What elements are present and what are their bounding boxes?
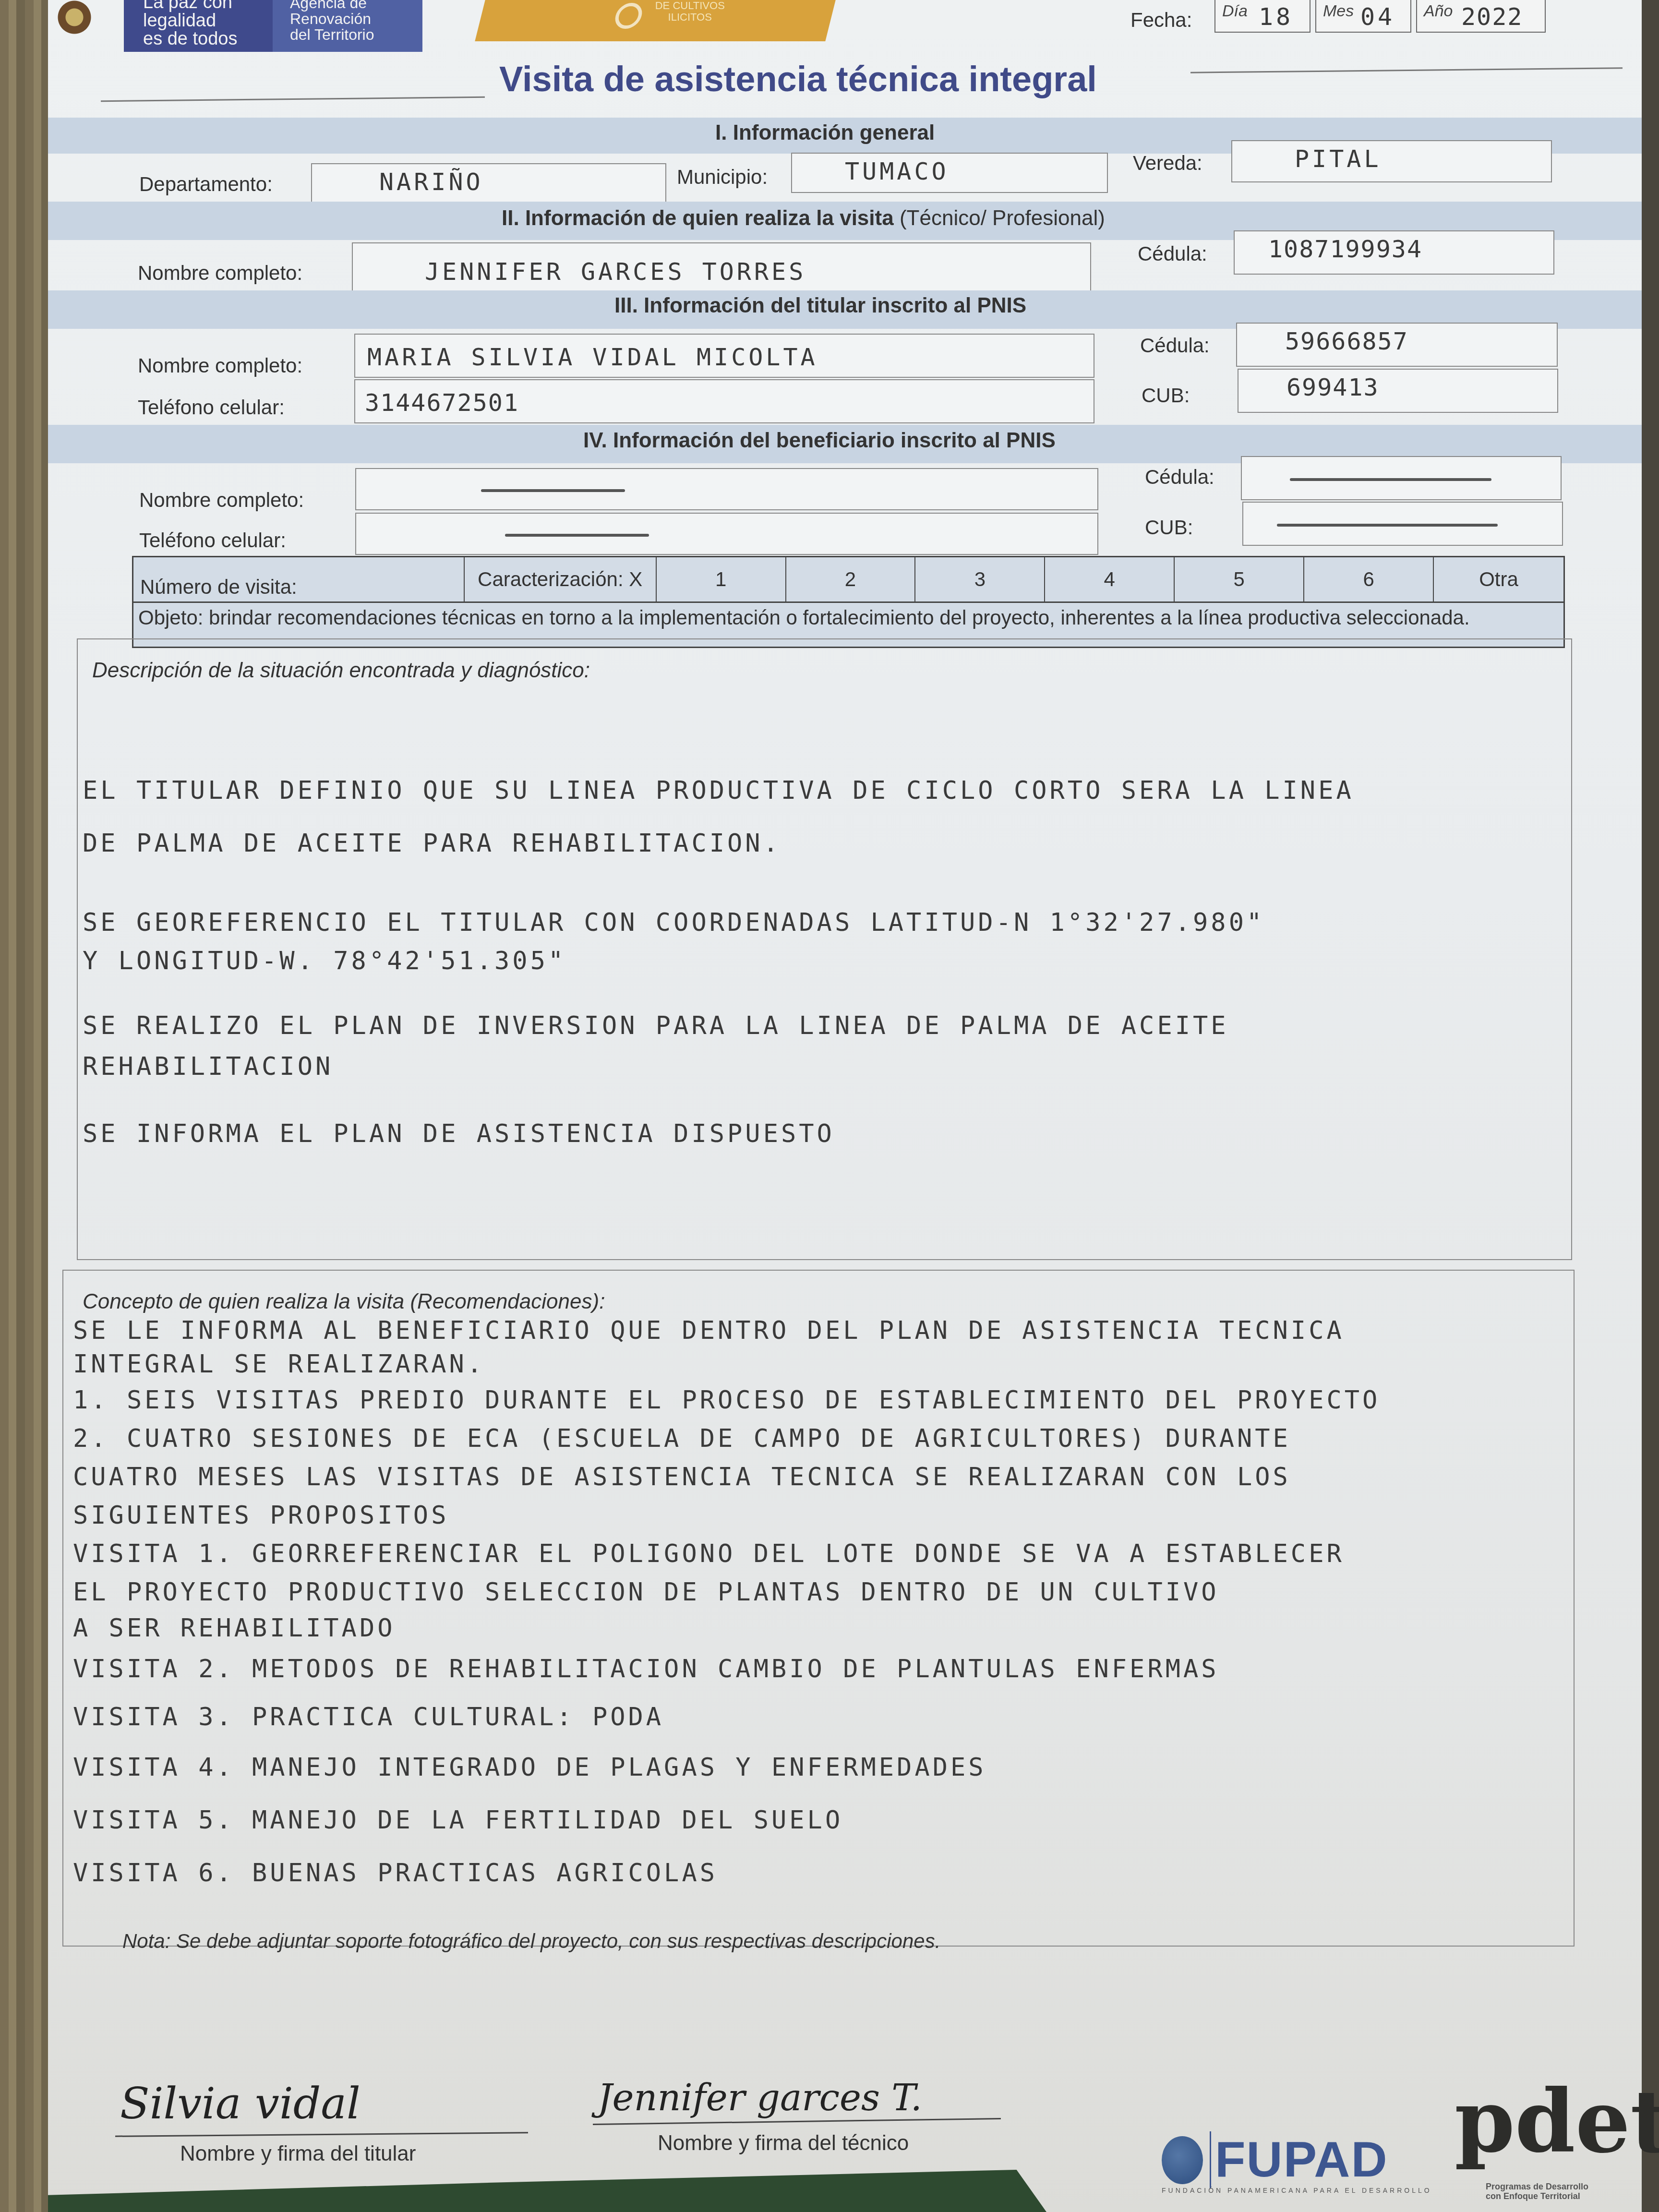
concepto-line: integral se realizaran. bbox=[73, 1350, 485, 1379]
section-heading-general: I. Información general bbox=[715, 121, 935, 145]
titular-cedula-label: Cédula: bbox=[1140, 334, 1210, 357]
titular-nombre-field[interactable]: MARIA SILVIA VIDAL MICOLTA bbox=[354, 334, 1094, 378]
fupad-subtitle: FUNDACIÓN PANAMERICANA PARA EL DESARROLL… bbox=[1162, 2187, 1432, 2194]
municipio-field[interactable]: TUMACO bbox=[791, 153, 1108, 193]
visit-option-otra[interactable]: Otra bbox=[1434, 557, 1563, 601]
pnis-logo: DE CULTIVOS ILICITOS bbox=[475, 0, 835, 41]
concepto-line: Visita 4. Manejo integrado de plagas y e… bbox=[73, 1753, 986, 1782]
pdet-subtitle: Programas de Desarrollo con Enfoque Terr… bbox=[1486, 2182, 1588, 2201]
fecha-label: Fecha: bbox=[1130, 9, 1192, 32]
titular-signature-label: Nombre y firma del titular bbox=[180, 2142, 416, 2166]
section-heading-tecnico: II. Información de quien realiza la visi… bbox=[502, 206, 1105, 230]
concepto-line: Se le informa al beneficiario que dentro… bbox=[73, 1316, 1345, 1345]
descripcion-line: rehabilitacion bbox=[83, 1052, 333, 1081]
tecnico-signature: Jennifer garces T. bbox=[598, 2076, 922, 2119]
tecnico-nombre-field[interactable]: JENNIFER GARCES TORRES bbox=[352, 242, 1091, 296]
coat-of-arms-icon bbox=[58, 0, 91, 43]
concepto-line: cuatro meses las visitas de asistencia t… bbox=[73, 1463, 1291, 1491]
beneficiario-cub-label: CUB: bbox=[1145, 516, 1193, 539]
concepto-line: Visita 6. Buenas practicas agricolas bbox=[73, 1859, 718, 1887]
vereda-label: Vereda: bbox=[1133, 152, 1202, 175]
concepto-title: Concepto de quien realiza la visita (Rec… bbox=[83, 1290, 605, 1314]
beneficiario-telefono-label: Teléfono celular: bbox=[139, 529, 286, 552]
beneficiario-nombre-field[interactable] bbox=[355, 468, 1098, 510]
beneficiario-telefono-field[interactable] bbox=[355, 513, 1098, 555]
concepto-line: el proyecto productivo seleccion de plan… bbox=[73, 1578, 1219, 1607]
visit-option-3[interactable]: 3 bbox=[915, 557, 1045, 601]
background-edge bbox=[1642, 0, 1659, 2212]
section-heading-beneficiario: IV. Información del beneficiario inscrit… bbox=[583, 429, 1056, 453]
visit-option-1[interactable]: 1 bbox=[657, 557, 786, 601]
beneficiario-cub-field[interactable] bbox=[1242, 502, 1563, 546]
visit-number-label: Número de visita: bbox=[133, 557, 465, 601]
titular-cedula-field[interactable]: 59666857 bbox=[1236, 323, 1558, 367]
background-surface bbox=[0, 0, 53, 2212]
tecnico-cedula-field[interactable]: 1087199934 bbox=[1234, 230, 1554, 275]
fecha-mes-field[interactable]: Mes 04 bbox=[1315, 0, 1411, 33]
concepto-line: 2. Cuatro sesiones de ECA (Escuela de Ca… bbox=[73, 1424, 1291, 1453]
art-agency-logo: Agencia de Renovación del Territorio bbox=[273, 0, 422, 52]
government-logo: La paz con legalidad es de todos Agencia… bbox=[124, 0, 422, 52]
gov-logo-slogan: La paz con legalidad es de todos bbox=[124, 0, 273, 52]
tecnico-nombre-label: Nombre completo: bbox=[138, 262, 302, 285]
pdet-logo: pdet bbox=[1455, 2079, 1659, 2165]
beneficiario-nombre-label: Nombre completo: bbox=[139, 489, 304, 512]
concepto-line: 1. Seis visitas predio durante el proces… bbox=[73, 1386, 1380, 1415]
municipio-label: Municipio: bbox=[677, 166, 768, 189]
visit-option-caracterizacion[interactable]: Caracterización: X bbox=[465, 557, 657, 601]
concepto-line: Visita 1. Georreferenciar el poligono de… bbox=[73, 1539, 1345, 1568]
titular-telefono-label: Teléfono celular: bbox=[138, 396, 285, 419]
visit-option-5[interactable]: 5 bbox=[1175, 557, 1304, 601]
fecha-dia-field[interactable]: Día 18 bbox=[1214, 0, 1310, 33]
descripcion-line: Se georeferencio el titular con coordena… bbox=[83, 908, 1264, 937]
descripcion-line: de palma de aceite para rehabilitacion. bbox=[83, 829, 781, 858]
titular-signature: Silvia vidal bbox=[120, 2079, 361, 2129]
concepto-line: Visita 3. Practica cultural: poda bbox=[73, 1703, 664, 1731]
fecha-anio-field[interactable]: Año 2022 bbox=[1416, 0, 1546, 33]
fupad-logo: FUPAD bbox=[1162, 2131, 1388, 2188]
concepto-line: a ser rehabilitado bbox=[73, 1614, 396, 1643]
concepto-line: Visita 2. Metodos de rehabilitacion camb… bbox=[73, 1655, 1219, 1683]
tecnico-cedula-label: Cédula: bbox=[1138, 242, 1207, 265]
descripcion-line: El titular definio que su linea producti… bbox=[83, 776, 1354, 805]
tecnico-signature-label: Nombre y firma del técnico bbox=[658, 2131, 909, 2155]
blank-dash bbox=[1290, 478, 1491, 481]
blank-dash bbox=[481, 489, 625, 492]
visit-option-2[interactable]: 2 bbox=[786, 557, 916, 601]
page-title: Visita de asistencia técnica integral bbox=[499, 59, 1097, 99]
globe-icon bbox=[1162, 2136, 1203, 2184]
visit-objective: Objeto: brindar recomendaciones técnicas… bbox=[138, 606, 1470, 629]
visit-options-row: Número de visita: Caracterización: X 1 2… bbox=[133, 557, 1563, 603]
section-heading-titular: III. Información del titular inscrito al… bbox=[614, 294, 1026, 318]
concepto-line: siguientes propositos bbox=[73, 1501, 449, 1530]
descripcion-line: Se realizo el plan de inversion para la … bbox=[83, 1011, 1229, 1040]
vereda-field[interactable]: PITAL bbox=[1231, 140, 1552, 182]
visit-option-4[interactable]: 4 bbox=[1045, 557, 1175, 601]
titular-cub-label: CUB: bbox=[1142, 384, 1190, 407]
blank-dash bbox=[505, 534, 649, 537]
departamento-label: Departamento: bbox=[139, 173, 273, 196]
descripcion-line: y longitud-W. 78°42'51.305" bbox=[83, 947, 566, 975]
descripcion-title: Descripción de la situación encontrada y… bbox=[92, 659, 590, 683]
photo-note: Nota: Se debe adjuntar soporte fotográfi… bbox=[122, 1930, 940, 1953]
departamento-field[interactable]: NARIÑO bbox=[311, 163, 666, 203]
titular-nombre-label: Nombre completo: bbox=[138, 354, 302, 377]
concepto-box[interactable]: Concepto de quien realiza la visita (Rec… bbox=[62, 1270, 1575, 1947]
spiral-icon bbox=[613, 3, 645, 29]
beneficiario-cedula-field[interactable] bbox=[1241, 456, 1562, 500]
titular-telefono-field[interactable]: 3144672501 bbox=[354, 379, 1094, 423]
checked-mark: X bbox=[629, 568, 642, 591]
beneficiario-cedula-label: Cédula: bbox=[1145, 466, 1214, 489]
visit-number-table: Número de visita: Caracterización: X 1 2… bbox=[132, 556, 1565, 648]
descripcion-box[interactable]: Descripción de la situación encontrada y… bbox=[77, 638, 1572, 1260]
concepto-line: Visita 5. Manejo de la fertilidad del su… bbox=[73, 1806, 843, 1835]
descripcion-line: Se informa el plan de asistencia dispues… bbox=[83, 1119, 835, 1148]
titular-cub-field[interactable]: 699413 bbox=[1238, 369, 1558, 413]
visit-option-6[interactable]: 6 bbox=[1304, 557, 1434, 601]
blank-dash bbox=[1277, 524, 1498, 527]
